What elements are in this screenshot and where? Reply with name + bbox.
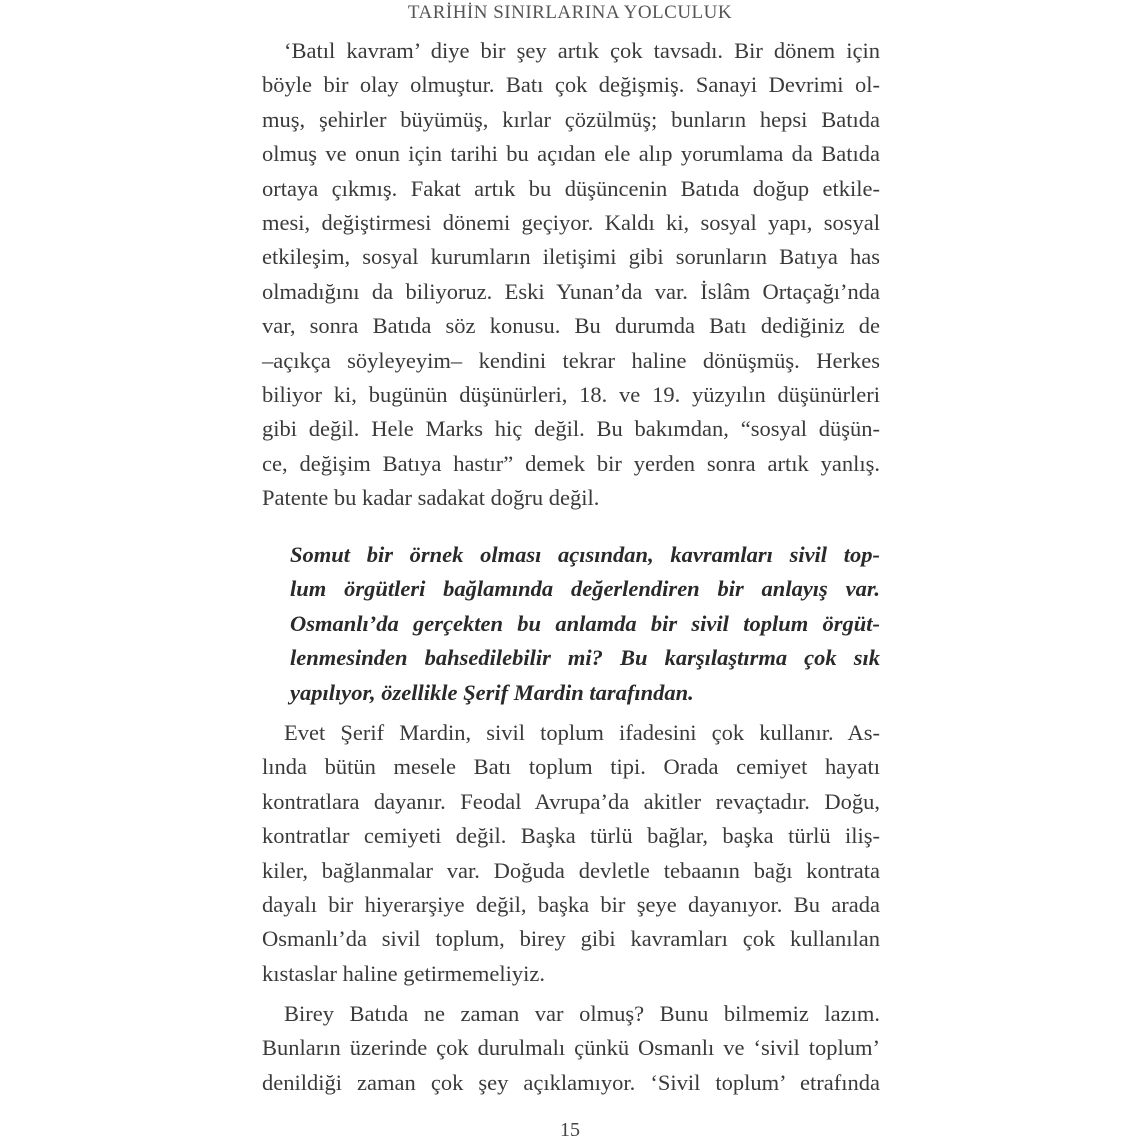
text-line: gibi değil. Hele Marks hiç değil. Bu bak… [262, 412, 880, 446]
text-line: kontratlar cemiyeti değil. Başka türlü b… [262, 819, 880, 853]
text-line: olmadığını da biliyoruz. Eski Yunan’da v… [262, 275, 880, 309]
text-line: lında bütün mesele Batı toplum tipi. Ora… [262, 750, 880, 784]
text-line: böyle bir olay olmuştur. Batı çok değişm… [262, 68, 880, 102]
text-line: Bunların üzerinde çok durulmalı çünkü Os… [262, 1031, 880, 1065]
question-line: lum örgütleri bağlamında değerlendiren b… [290, 572, 880, 606]
text-line: Patente bu kadar sadakat doğru değil. [262, 481, 880, 515]
text-line: olmuş ve onun için tarihi bu açıdan ele … [262, 137, 880, 171]
text-line: Evet Şerif Mardin, sivil toplum ifadesin… [262, 716, 880, 750]
text-line: Birey Batıda ne zaman var olmuş? Bunu bi… [262, 997, 880, 1031]
text-line: kıstaslar haline getirmemeliyiz. [262, 957, 880, 991]
text-line: ce, değişim Batıya hastır” demek bir yer… [262, 447, 880, 481]
question-line: Somut bir örnek olması açısından, kavram… [290, 538, 880, 572]
question-line: lenmesinden bahsedilebilir mi? Bu karşıl… [290, 641, 880, 675]
text-line: mesi, değiştirmesi dönemi geçiyor. Kaldı… [262, 206, 880, 240]
question-line: Osmanlı’da gerçekten bu anlamda bir sivi… [290, 607, 880, 641]
interview-question: Somut bir örnek olması açısından, kavram… [290, 538, 880, 710]
text-line: var, sonra Batıda söz konusu. Bu durumda… [262, 309, 880, 343]
question-line: yapılıyor, özellikle Şerif Mardin tarafı… [290, 676, 880, 710]
text-line: ortaya çıkmış. Fakat artık bu düşüncenin… [262, 172, 880, 206]
text-line: –açıkça söyleyeyim– kendini tekrar halin… [262, 344, 880, 378]
text-line: Osmanlı’da sivil toplum, birey gibi kavr… [262, 922, 880, 956]
paragraph-3: Birey Batıda ne zaman var olmuş? Bunu bi… [262, 997, 880, 1100]
text-line: dayalı bir hiyerarşiye değil, başka bir … [262, 888, 880, 922]
paragraph-2: Evet Şerif Mardin, sivil toplum ifadesin… [262, 716, 880, 991]
paragraph-1: ‘Batıl kavram’ diye bir şey artık çok ta… [262, 34, 880, 515]
text-line: kontratlara dayanır. Feodal Avrupa’da ak… [262, 785, 880, 819]
text-line: ‘Batıl kavram’ diye bir şey artık çok ta… [262, 34, 880, 68]
text-line: denildiği zaman çok şey açıklamıyor. ‘Si… [262, 1066, 880, 1100]
text-line: etkileşim, sosyal kurumların iletişimi g… [262, 240, 880, 274]
text-line: muş, şehirler büyümüş, kırlar çözülmüş; … [262, 103, 880, 137]
running-head: TARİHİN SINIRLARINA YOLCULUK [0, 2, 1140, 24]
text-line: biliyor ki, bugünün düşünürleri, 18. ve … [262, 378, 880, 412]
page-number: 15 [0, 1119, 1140, 1140]
text-line: kiler, bağlanmalar var. Doğuda devletle … [262, 854, 880, 888]
